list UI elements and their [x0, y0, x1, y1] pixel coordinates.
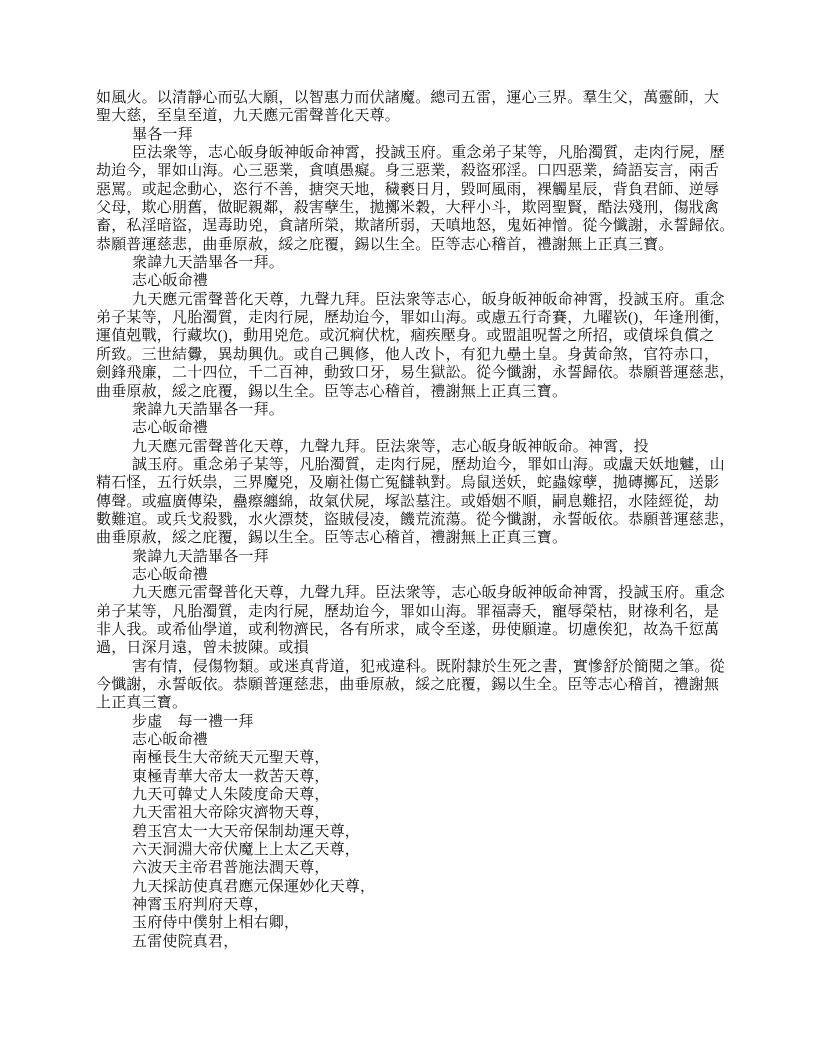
- text-line: 聖大慈，至皇至道，九天應元雷聲普化天尊。: [96, 107, 720, 125]
- text-line: 畢各一拜: [96, 126, 720, 144]
- text-line: 六波天主帝君普施法潤天尊，: [96, 859, 720, 877]
- text-line: 九天應元雷聲普化天尊，九聲九拜。臣法衆等，志心皈身皈神皈命神霄，投誠玉府。重念: [96, 584, 720, 602]
- text-line: 曲垂原赦，綏之庇覆，錫以生全。臣等志心稽首，禮謝無上正真三寶。: [96, 529, 720, 547]
- text-line: 東極青華大帝太一救苦天尊，: [96, 768, 720, 786]
- text-line: 九天採訪使真君應元保運妙化天尊，: [96, 878, 720, 896]
- text-line: 南極長生大帝統天元聖天尊，: [96, 749, 720, 767]
- text-line: 志心皈命禮: [96, 566, 720, 584]
- text-line: 曲垂原赦，綏之庇覆，錫以生全。臣等志心稽首，禮謝無上正真三寶。: [96, 383, 720, 401]
- text-line: 六天洞淵大帝伏魔上上太乙天尊，: [96, 841, 720, 859]
- text-line: 精石怪，五行妖祟，三界魔兇，及廟社傷亡冤讎執對。烏鼠送妖，蛇蟲嫁孽，拋磚擲瓦，送…: [96, 474, 720, 492]
- text-line: 所致。三世結釁，異劫興仇。或自己興修，他人改卜，有犯九壘土皇。身黃命煞，官符赤口…: [96, 346, 720, 364]
- text-line: 弟子某等，凡胎濁質，走肉行屍，歷劫迨今，罪如山海。罪福壽夭，寵辱榮枯，財祿利名，…: [96, 603, 720, 621]
- text-line: 九天雷祖大帝除灾濟物天尊，: [96, 804, 720, 822]
- text-line: 志心皈命禮: [96, 272, 720, 290]
- text-block: 如風火。以清靜心而弘大願，以智惠力而伏諸魔。總司五雷，運心三界。羣生父，萬靈師，…: [96, 89, 720, 951]
- text-line: 劍鋒飛廉，二十四位，千二百神，動致口牙，易生獄訟。從今懺謝，永誓歸依。恭願普運慈…: [96, 364, 720, 382]
- text-line: 衆諱九天誥畢各一拜。: [96, 254, 720, 272]
- text-line: 九天應元雷聲普化天尊，九聲九拜。臣法衆等，志心皈身皈神皈命。神霄，投: [96, 438, 720, 456]
- text-line: 父母，欺心朋舊，做眤親鄰，殺害孽生，拋擲米穀，大秤小斗，欺罔聖賢，酷法殘刑，傷戕…: [96, 199, 720, 217]
- text-line: 弟子某等，凡胎濁質，走肉行屍，歷劫迨今，罪如山海。或慮五行奇賽，九曜嵚()，年逢…: [96, 309, 720, 327]
- text-line: 傳聲。或瘟廣傳染，蠱瘵纏綿，故氣伏屍，塚訟墓注。或婚姻不順，嗣息難招，水陸經從，…: [96, 493, 720, 511]
- text-line: 過，日深月遠，曾未披陳。或損: [96, 639, 720, 657]
- text-line: 步虛 每一禮一拜: [96, 713, 720, 731]
- text-line: 如風火。以清靜心而弘大願，以智惠力而伏諸魔。總司五雷，運心三界。羣生父，萬靈師，…: [96, 89, 720, 107]
- text-line: 今懺謝，永誓皈依。恭願普運慈悲，曲垂原赦，綏之庇覆，錫以生全。臣等志心稽首，禮謝…: [96, 676, 720, 694]
- text-line: 臣法衆等，志心皈身皈神皈命神霄，投誠玉府。重念弟子某等，凡胎濁質，走肉行屍，歷: [96, 144, 720, 162]
- text-line: 神霄玉府判府天尊，: [96, 896, 720, 914]
- text-line: 衆諱九天誥畢各一拜。: [96, 401, 720, 419]
- text-line: 畜，私淫暗盜，逞毒助兇，貪諸所榮，欺諸所弱，天嗔地怒，鬼妬神憎。從今懺謝，永誓歸…: [96, 217, 720, 235]
- text-line: 非人我。或希仙學道，或利物濟民，各有所求，咸令至遂，毋使願違。切慮俟犯，故為千愆…: [96, 621, 720, 639]
- text-line: 惡罵。或起念動心，恣行不善，搪突天地，穢褻日月，毀呵風雨，裸觸星辰，背負君師、逆…: [96, 181, 720, 199]
- text-line: 碧玉宫太一大天帝保制劫運天尊，: [96, 823, 720, 841]
- text-line: 五雷使院真君，: [96, 933, 720, 951]
- text-line: 玉府侍中僕射上相右卿，: [96, 914, 720, 932]
- text-line: 恭願普運慈悲，曲垂原赦，綏之庇覆，錫以生全。臣等志心稽首，禮謝無上正真三寶。: [96, 236, 720, 254]
- text-line: 志心皈命禮: [96, 731, 720, 749]
- text-line: 九天應元雷聲普化天尊，九聲九拜。臣法衆等志心，皈身皈神皈命神霄，投誠玉府。重念: [96, 291, 720, 309]
- text-line: 九天可韓丈人朱陵度命天尊，: [96, 786, 720, 804]
- text-line: 誠玉府。重念弟子某等，凡胎濁質，走肉行屍，歷劫迨今，罪如山海。或盧天妖地魖，山: [96, 456, 720, 474]
- text-line: 劫迨今，罪如山海。心三惡業，貪嗔愚癡。身三惡業，殺盜邪淫。口四惡業，綺語妄言，兩…: [96, 162, 720, 180]
- text-line: 志心皈命禮: [96, 419, 720, 437]
- text-line: 數難逭。或兵戈殺戮，水火漂焚，盜賊侵凌，饑荒流蕩。從今懺謝，永誓皈依。恭願普運慈…: [96, 511, 720, 529]
- text-line: 衆諱九天誥畢各一拜: [96, 548, 720, 566]
- text-line: 上正真三寶。: [96, 694, 720, 712]
- text-line: 運值剋戰，行藏坎()，動用兇危。或沉痾伏枕，痼疾壓身。或盟詛呪誓之所招，或債埰負…: [96, 327, 720, 345]
- text-line: 害有情，侵傷物類。或迷真背道，犯戒違科。既附隸於生死之書，實慘舒於簡閱之筆。從: [96, 658, 720, 676]
- document-page: 如風火。以清靜心而弘大願，以智惠力而伏諸魔。總司五雷，運心三界。羣生父，萬靈師，…: [0, 0, 816, 1056]
